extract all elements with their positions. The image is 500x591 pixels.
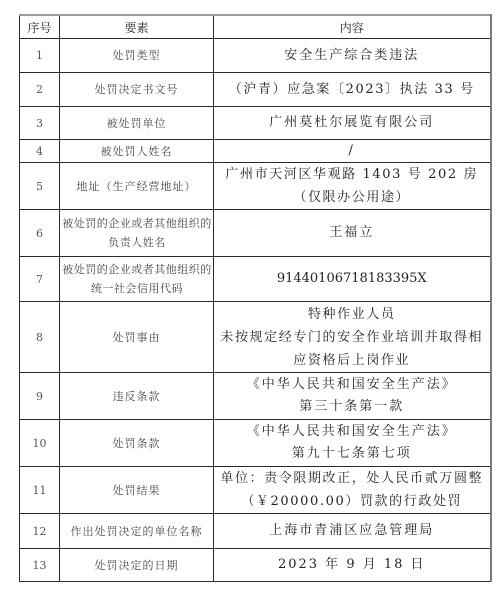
content-line: 广州莫杜尔展览有限公司 bbox=[215, 112, 489, 134]
content-line: 《中华人民共和国安全生产法》 bbox=[215, 421, 489, 443]
content-line: 特种作业人员 bbox=[215, 303, 489, 326]
row-content: 91440106718183395X bbox=[214, 257, 491, 302]
table-row: 3 被处罚单位 广州莫杜尔展览有限公司 bbox=[20, 107, 491, 140]
row-no: 2 bbox=[20, 73, 60, 107]
row-content: 特种作业人员 未按规定经专门的安全作业培训并取得相 应资格后上岗作业 bbox=[214, 302, 491, 373]
content-line: 2023 年 9 月 18 日 bbox=[215, 554, 489, 576]
row-no: 1 bbox=[20, 39, 60, 73]
table-row: 4 被处罚人姓名 / bbox=[20, 140, 491, 163]
content-line: 91440106718183395X bbox=[215, 268, 489, 290]
row-element: 地址（生产经营地址） bbox=[60, 163, 214, 210]
table-row: 13 处罚决定的日期 2023 年 9 月 18 日 bbox=[20, 549, 491, 582]
content-line: （仅限办公用途） bbox=[215, 186, 489, 209]
row-content: 《中华人民共和国安全生产法》 第三十条第一款 bbox=[214, 373, 491, 420]
table-header-row: 序号 要素 内容 bbox=[20, 15, 491, 39]
table-row: 1 处罚类型 安全生产综合类违法 bbox=[20, 39, 491, 73]
row-no: 9 bbox=[20, 373, 60, 420]
content-line: 王福立 bbox=[215, 222, 489, 244]
row-content: / bbox=[214, 140, 491, 163]
header-no: 序号 bbox=[20, 15, 60, 39]
penalty-info-table: 序号 要素 内容 1 处罚类型 安全生产综合类违法 2 处罚决定书文号 （沪青）… bbox=[19, 14, 492, 582]
row-no: 7 bbox=[20, 257, 60, 302]
content-line: 安全生产综合类违法 bbox=[215, 45, 489, 67]
header-content: 内容 bbox=[214, 15, 491, 39]
header-element: 要素 bbox=[60, 15, 214, 39]
content-line: 广州市天河区华观路 1403 号 202 房 bbox=[215, 163, 489, 186]
row-no: 13 bbox=[20, 549, 60, 582]
row-content: 2023 年 9 月 18 日 bbox=[214, 549, 491, 582]
content-line: 《中华人民共和国安全生产法》 bbox=[215, 374, 489, 396]
content-line: 第九十七条第七项 bbox=[215, 443, 489, 465]
content-line: （￥20000.00）罚款的行政处罚 bbox=[215, 490, 489, 513]
content-line: 上海市青浦区应急管理局 bbox=[215, 520, 489, 542]
row-no: 12 bbox=[20, 514, 60, 549]
row-element: 被处罚的企业或者其他组织的负责人姓名 bbox=[60, 210, 214, 257]
table-row: 2 处罚决定书文号 （沪青）应急案〔2023〕执法 33 号 bbox=[20, 73, 491, 107]
row-content: 单位：责令限期改正，处人民币贰万圆整 （￥20000.00）罚款的行政处罚 bbox=[214, 467, 491, 514]
row-content: （沪青）应急案〔2023〕执法 33 号 bbox=[214, 73, 491, 107]
row-element: 处罚结果 bbox=[60, 467, 214, 514]
row-content: 广州市天河区华观路 1403 号 202 房 （仅限办公用途） bbox=[214, 163, 491, 210]
content-line: 单位：责令限期改正，处人民币贰万圆整 bbox=[215, 467, 489, 490]
row-no: 4 bbox=[20, 140, 60, 163]
row-element: 处罚决定的日期 bbox=[60, 549, 214, 582]
table-row: 12 作出处罚决定的单位名称 上海市青浦区应急管理局 bbox=[20, 514, 491, 549]
row-content: 广州莫杜尔展览有限公司 bbox=[214, 107, 491, 140]
table-row: 6 被处罚的企业或者其他组织的负责人姓名 王福立 bbox=[20, 210, 491, 257]
row-element: 处罚决定书文号 bbox=[60, 73, 214, 107]
content-line: / bbox=[215, 140, 489, 162]
row-no: 8 bbox=[20, 302, 60, 373]
table-row: 5 地址（生产经营地址） 广州市天河区华观路 1403 号 202 房 （仅限办… bbox=[20, 163, 491, 210]
row-content: 上海市青浦区应急管理局 bbox=[214, 514, 491, 549]
row-element: 被处罚人姓名 bbox=[60, 140, 214, 163]
content-line: 应资格后上岗作业 bbox=[215, 349, 489, 372]
content-line: （沪青）应急案〔2023〕执法 33 号 bbox=[215, 78, 489, 101]
row-element: 被处罚单位 bbox=[60, 107, 214, 140]
table-row: 7 被处罚的企业或者其他组织的统一社会信用代码 9144010671818339… bbox=[20, 257, 491, 302]
row-element: 作出处罚决定的单位名称 bbox=[60, 514, 214, 549]
row-no: 6 bbox=[20, 210, 60, 257]
content-line: 未按规定经专门的安全作业培训并取得相 bbox=[215, 326, 489, 349]
row-no: 3 bbox=[20, 107, 60, 140]
row-no: 5 bbox=[20, 163, 60, 210]
table-row: 9 违反条款 《中华人民共和国安全生产法》 第三十条第一款 bbox=[20, 373, 491, 420]
row-content: 安全生产综合类违法 bbox=[214, 39, 491, 73]
row-no: 10 bbox=[20, 420, 60, 467]
row-element: 处罚条款 bbox=[60, 420, 214, 467]
row-content: 《中华人民共和国安全生产法》 第九十七条第七项 bbox=[214, 420, 491, 467]
table-row: 10 处罚条款 《中华人民共和国安全生产法》 第九十七条第七项 bbox=[20, 420, 491, 467]
row-element: 违反条款 bbox=[60, 373, 214, 420]
content-line: 第三十条第一款 bbox=[215, 396, 489, 418]
row-element: 处罚事由 bbox=[60, 302, 214, 373]
row-content: 王福立 bbox=[214, 210, 491, 257]
row-element: 被处罚的企业或者其他组织的统一社会信用代码 bbox=[60, 257, 214, 302]
table-row: 11 处罚结果 单位：责令限期改正，处人民币贰万圆整 （￥20000.00）罚款… bbox=[20, 467, 491, 514]
row-no: 11 bbox=[20, 467, 60, 514]
row-element: 处罚类型 bbox=[60, 39, 214, 73]
table-row: 8 处罚事由 特种作业人员 未按规定经专门的安全作业培训并取得相 应资格后上岗作… bbox=[20, 302, 491, 373]
